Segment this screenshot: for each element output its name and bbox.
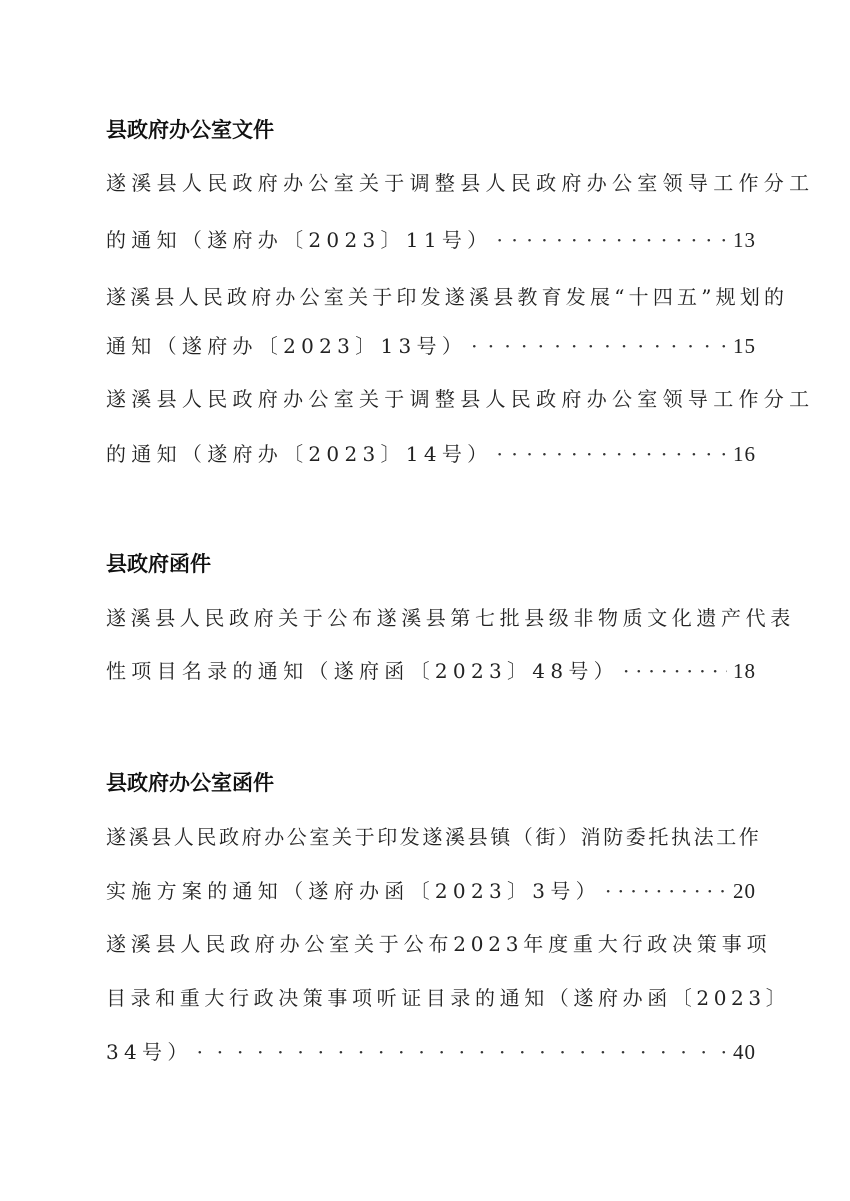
- toc-entry-title: 的通知（遂府办〔2023〕11号）: [106, 225, 492, 255]
- section-title-government-letters: 县政府函件: [106, 550, 211, 578]
- dot-leader: · · · · · · · · · · · · · · · ·: [471, 331, 727, 361]
- toc-entry-line[interactable]: 通知（遂府办〔2023〕13号） · · · · · · · · · · · ·…: [106, 331, 756, 361]
- page-number: 16: [733, 439, 756, 469]
- toc-entry-line[interactable]: 遂溪县人民政府办公室关于调整县人民政府办公室领导工作分工: [106, 384, 756, 414]
- toc-entry-line[interactable]: 遂溪县人民政府办公室关于调整县人民政府办公室领导工作分工: [106, 168, 756, 198]
- toc-entry-title: 通知（遂府办〔2023〕13号）: [106, 331, 467, 361]
- section-title-office-documents: 县政府办公室文件: [106, 116, 274, 144]
- toc-entry-title: 34号）: [106, 1037, 193, 1067]
- toc-entry-line[interactable]: 目录和重大行政决策事项听证目录的通知（遂府办函〔2023〕: [106, 983, 756, 1013]
- page-number: 40: [733, 1037, 756, 1067]
- toc-entry-line[interactable]: 34号） · · · · · · · · · · · · · · · · · ·…: [106, 1037, 756, 1067]
- toc-page: 县政府办公室文件 遂溪县人民政府办公室关于调整县人民政府办公室领导工作分工 的通…: [0, 0, 850, 1201]
- toc-entry-line[interactable]: 遂溪县人民政府关于公布遂溪县第七批县级非物质文化遗产代表: [106, 603, 756, 633]
- toc-entry-title: 性项目名录的通知（遂府函〔2023〕48号）: [106, 656, 619, 686]
- section-title-office-letters: 县政府办公室函件: [106, 769, 274, 797]
- dot-leader: · · · · · · · · · ·: [623, 656, 727, 686]
- toc-entry-title: 的通知（遂府办〔2023〕14号）: [106, 439, 492, 469]
- toc-entry-title: 遂溪县人民政府办公室关于公布2023年度重大行政决策事项: [106, 929, 771, 959]
- toc-entry-line[interactable]: 遂溪县人民政府办公室关于公布2023年度重大行政决策事项: [106, 929, 756, 959]
- toc-entry-title: 遂溪县人民政府办公室关于调整县人民政府办公室领导工作分工: [106, 384, 814, 414]
- dot-leader: · · · · · · · · · · · · · · · ·: [496, 439, 727, 469]
- dot-leader: · · · · · · · · · · ·: [605, 876, 727, 906]
- page-number: 13: [733, 225, 756, 255]
- page-number: 18: [733, 656, 756, 686]
- toc-entry-line[interactable]: 性项目名录的通知（遂府函〔2023〕48号） · · · · · · · · ·…: [106, 656, 756, 686]
- toc-entry-line[interactable]: 遂溪县人民政府办公室关于印发遂溪县教育发展“十四五”规划的: [106, 282, 756, 312]
- toc-entry-line[interactable]: 遂溪县人民政府办公室关于印发遂溪县镇（街）消防委托执法工作: [106, 822, 756, 852]
- toc-entry-line[interactable]: 的通知（遂府办〔2023〕11号） · · · · · · · · · · · …: [106, 225, 756, 255]
- page-number: 15: [733, 331, 756, 361]
- toc-entry-title: 实施方案的通知（遂府办函〔2023〕3号）: [106, 876, 601, 906]
- page-number: 20: [733, 876, 756, 906]
- toc-entry-line[interactable]: 实施方案的通知（遂府办函〔2023〕3号） · · · · · · · · · …: [106, 876, 756, 906]
- toc-entry-title: 遂溪县人民政府办公室关于印发遂溪县教育发展“十四五”规划的: [106, 282, 788, 312]
- toc-entry-title: 遂溪县人民政府关于公布遂溪县第七批县级非物质文化遗产代表: [106, 603, 795, 633]
- toc-entry-line[interactable]: 的通知（遂府办〔2023〕14号） · · · · · · · · · · · …: [106, 439, 756, 469]
- toc-entry-title: 目录和重大行政决策事项听证目录的通知（遂府办函〔2023〕: [106, 983, 790, 1013]
- toc-entry-title: 遂溪县人民政府办公室关于调整县人民政府办公室领导工作分工: [106, 168, 814, 198]
- toc-entry-title: 遂溪县人民政府办公室关于印发遂溪县镇（街）消防委托执法工作: [106, 822, 761, 852]
- dot-leader: · · · · · · · · · · · · · · · · · · · · …: [197, 1037, 727, 1067]
- dot-leader: · · · · · · · · · · · · · · · ·: [496, 225, 727, 255]
